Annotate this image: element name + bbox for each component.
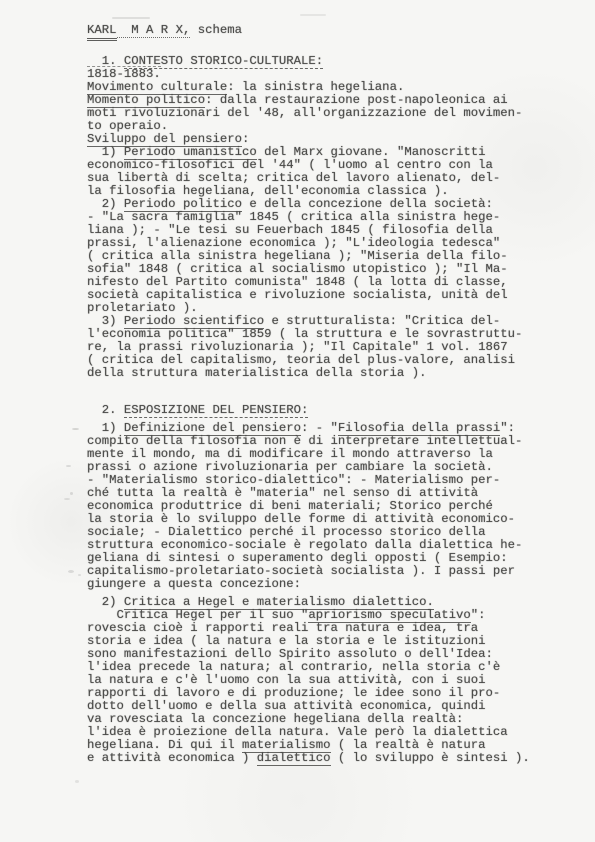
text-segment: 1) [87, 145, 124, 159]
text-segment: : [242, 132, 249, 146]
text-segment: sofia" 1848 ( critica al socialismo utop… [87, 262, 508, 276]
text-segment: - "La sacra famiglia" 1845 ( critica all… [87, 210, 500, 224]
text-segment: economica produttrice di beni materiali;… [87, 499, 493, 513]
scan-speckle [72, 428, 79, 430]
text-segment: e della concezione della società: [242, 197, 493, 211]
text-segment: rovescia cioè i rapporti reali tra natur… [87, 621, 478, 635]
text-segment: ( critica alla sinistra hegeliana ); "Mi… [87, 249, 508, 263]
text-segment: e attività economica ) [87, 751, 257, 765]
text-segment: rapporti di lavoro e di produzione; le i… [87, 686, 500, 700]
text-segment: ( critica del capitalismo, teoria del pl… [87, 353, 515, 367]
typewritten-text: KARL M A R X, schema 1. CONTESTO STORICO… [87, 24, 595, 765]
text-segment: economico-filosofici del '44" ( l'uomo a… [87, 158, 493, 172]
text-segment: società capitalistica e rivoluzione soci… [87, 288, 508, 302]
text-segment: 2. [87, 403, 124, 417]
text-segment: mente il mondo, ma di modificare il mond… [87, 447, 493, 461]
text-segment: e strutturalista: "Critica del- [264, 314, 500, 328]
scan-speckle [75, 780, 79, 783]
text-segment: sono manifestazioni dello Spirito assolu… [87, 647, 493, 661]
text-segment: del Marx giovane. "Manoscritti [257, 145, 486, 159]
text-segment: compito della filosofia non è di interpr… [87, 434, 522, 448]
scanned-document-page: KARL M A R X, schema 1. CONTESTO STORICO… [0, 0, 595, 842]
text-segment: l'economia politica" 1859 ( la struttura… [87, 327, 522, 341]
text-segment: moti rivoluzionari del '48, all'organizz… [87, 106, 522, 120]
text-segment: proletariato ). [87, 301, 198, 315]
text-segment: - "Materialismo storico-dialettico": - M… [87, 473, 500, 487]
scan-speckle [300, 14, 326, 16]
text-segment: della struttura materialistica della sto… [87, 366, 426, 380]
text-segment: storia e idea ( la natura e la storia e … [87, 634, 485, 648]
text-segment: prassi, l'alienazione economica ); "L'id… [87, 236, 500, 250]
text-segment: : dalla restaurazione post-napoleonica a… [205, 93, 508, 107]
text-segment: 2) [87, 595, 124, 609]
text-segment: 1) [87, 421, 124, 435]
scan-speckle [68, 570, 74, 573]
text-segment: ESPOSIZIONE DEL PENSIERO: [124, 403, 308, 418]
text-segment: Critica Hegel per il suo " [87, 608, 308, 622]
text-segment: va rovesciata la concezione hegeliana de… [87, 712, 463, 726]
text-segment: to operaio. [87, 119, 168, 133]
scan-speckle [112, 17, 150, 19]
text-segment: la filosofia hegeliana, dell'economia cl… [87, 184, 449, 198]
text-line: 2. ESPOSIZIONE DEL PENSIERO: [87, 404, 595, 417]
text-segment: capitalismo-proletariato-società sociali… [87, 564, 515, 578]
text-line: giungere a questa concezione: [87, 578, 595, 591]
text-segment: liana ); - "Le tesi su Feuerbach 1845 ( … [87, 223, 493, 237]
text-segment: giungere a questa concezione: [87, 577, 301, 591]
text-segment: nifesto del Partito comunista" 1848 ( la… [87, 275, 508, 289]
text-segment: : - " [301, 421, 338, 435]
text-segment: geliana di sintesi o superamento degli o… [87, 551, 508, 565]
text-segment: sociale; - Dialettico perché il processo… [87, 525, 485, 539]
text-segment: ": [471, 608, 486, 622]
text-segment: la storia è lo sviluppo delle forme di a… [87, 512, 515, 526]
text-segment: l'idea precede la natura; al contrario, … [87, 660, 500, 674]
text-line: e attività economica ) dialettico ( lo s… [87, 752, 595, 765]
scan-speckle [70, 492, 73, 495]
text-segment: ": [500, 421, 515, 435]
text-segment: dotto dell'uomo e della sua attività eco… [87, 699, 485, 713]
scan-speckle [78, 574, 81, 576]
scan-speckle [66, 465, 71, 467]
text-segment: prassi o azione rivoluzionaria per cambi… [87, 460, 493, 474]
text-line: della struttura materialistica della sto… [87, 367, 595, 380]
text-segment: 2) [87, 197, 124, 211]
text-segment: ( lo sviluppo è sintesi ). [331, 751, 530, 765]
text-segment: sua libertà di scelta; critica del lavor… [87, 171, 500, 185]
text-segment: : la sinistra hegeliana. [227, 80, 404, 94]
text-segment: struttura economico-sociale è regolato d… [87, 538, 522, 552]
text-segment: KARL [87, 23, 117, 41]
text-line: 1. CONTESTO STORICO-CULTURALE: [87, 55, 595, 68]
scan-speckle [64, 498, 70, 500]
text-segment: 3) [87, 314, 124, 328]
text-segment: la natura e c'è l'uomo con la sua attivi… [87, 673, 485, 687]
text-segment: l'idea è proiezione della natura. Vale p… [87, 725, 508, 739]
text-segment: M A R X, [117, 23, 191, 38]
text-segment: ché tutta la realtà è "materia" nel sens… [87, 486, 478, 500]
text-segment: schema [190, 23, 242, 37]
text-segment: re, la prassi rivoluzionaria ); "Il Capi… [87, 340, 508, 354]
text-segment: hegeliana. Di qui il [87, 738, 242, 752]
text-segment: 1818-1883. [87, 66, 161, 81]
text-segment: ( la realtà è natura [331, 738, 486, 752]
text-line: KARL M A R X, schema [87, 24, 595, 37]
text-segment: dialettico [257, 751, 331, 766]
